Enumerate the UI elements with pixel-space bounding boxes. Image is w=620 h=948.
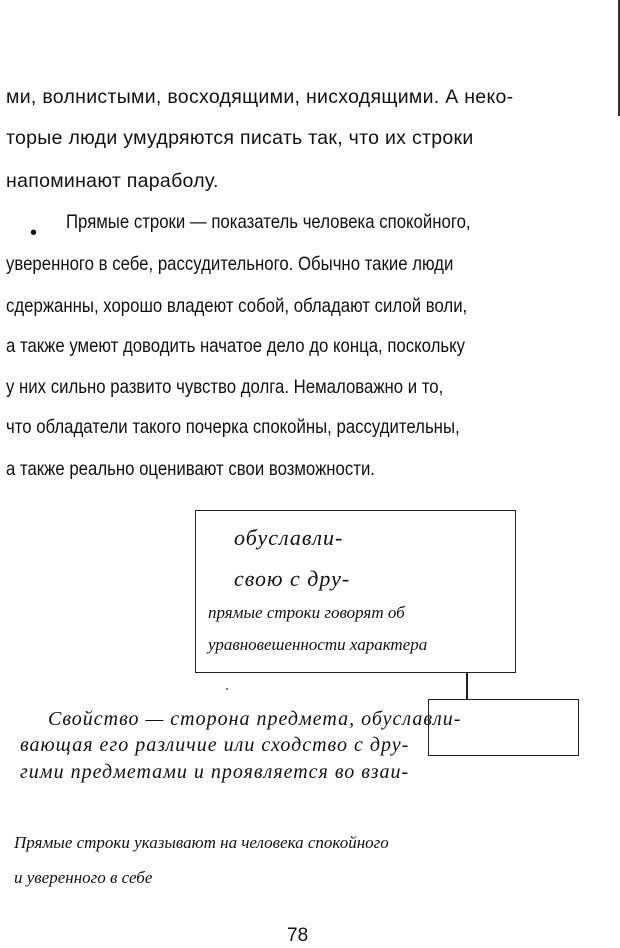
bullet-line-3: сдержанны, хорошо владеют собой, обладаю… xyxy=(6,295,467,318)
intro-line-2: торые люди умудряются писать так, что их… xyxy=(6,127,474,150)
caption-line-1: Прямые строки указывают на человека спок… xyxy=(14,833,389,853)
zoom-annotation-line-1: прямые строки говорят об xyxy=(208,603,405,623)
scan-speck xyxy=(226,688,228,690)
zoom-handwriting-line-1: обуславли- xyxy=(234,525,343,551)
bullet-marker: • xyxy=(30,222,37,245)
page-number: 78 xyxy=(287,925,308,947)
handwriting-sample-line-3: гими предметами и проявляется во взаи- xyxy=(20,761,409,784)
handwriting-zoom-box: обуславли- свою с дру- прямые строки гов… xyxy=(195,510,516,673)
caption-line-2: и уверенного в себе xyxy=(14,868,152,888)
bullet-line-1: Прямые строки — показатель человека спок… xyxy=(66,211,471,234)
connector-line xyxy=(466,673,468,700)
handwriting-sample-line-2: вающая его различие или сходство с дру- xyxy=(20,734,409,757)
bullet-line-4: а также умеют доводить начатое дело до к… xyxy=(6,335,465,358)
highlight-box xyxy=(428,699,579,756)
zoom-handwriting-line-2: свою с дру- xyxy=(234,566,350,592)
handwriting-sample-line-1: Свойство — сторона предмета, обуславли- xyxy=(48,708,461,731)
bullet-line-7: а также реально оценивают свои возможнос… xyxy=(6,458,375,481)
zoom-annotation-line-2: уравновешенности характера xyxy=(208,635,427,655)
bullet-line-5: у них сильно развито чувство долга. Нема… xyxy=(6,376,443,399)
intro-line-1: ми, волнистыми, восходящими, нисходящими… xyxy=(6,86,513,109)
bullet-line-6: что обладатели такого почерка спокойны, … xyxy=(6,416,460,439)
bullet-line-2: уверенного в себе, рассудительного. Обыч… xyxy=(6,253,453,276)
intro-line-3: напоминают параболу. xyxy=(6,170,219,193)
